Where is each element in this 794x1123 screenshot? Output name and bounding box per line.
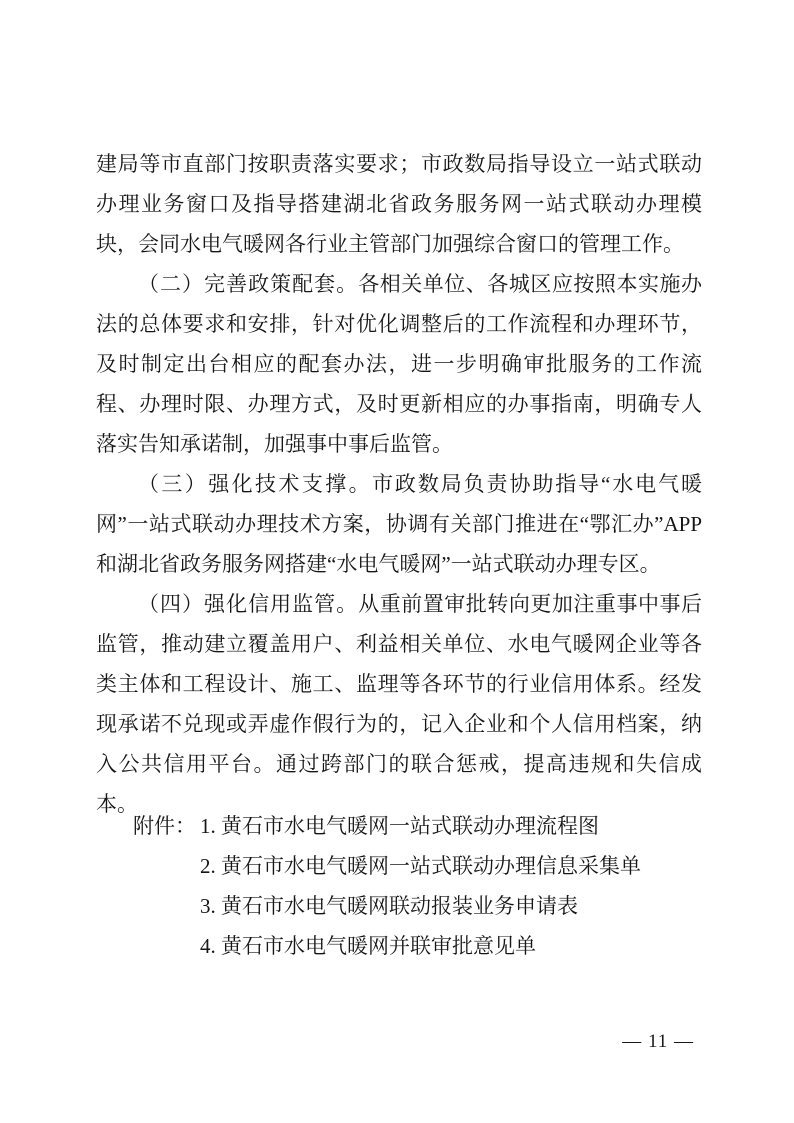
paragraph-section-4: （四）强化信用监管。从重前置审批转向更加注重事中事后监管，推动建立覆盖用户、利益… [96,584,702,824]
paragraph-text: 各相关单位、各城区应按照本实施办法的总体要求和安排，针对优化调整后的工作流程和办… [96,272,702,456]
attachments-list: 1. 黄石市水电气暖网一站式联动办理流程图 2. 黄石市水电气暖网一站式联动办理… [200,806,641,966]
attachment-item: 3. 黄石市水电气暖网联动报装业务申请表 [200,886,641,926]
attachment-item: 2. 黄石市水电气暖网一站式联动办理信息采集单 [200,846,641,886]
paragraph-continued: 建局等市直部门按职责落实要求；市政数局指导设立一站式联动办理业务窗口及指导搭建湖… [96,144,702,264]
paragraph-text: 建局等市直部门按职责落实要求；市政数局指导设立一站式联动办理业务窗口及指导搭建湖… [96,152,702,256]
attachment-item: 1. 黄石市水电气暖网一站式联动办理流程图 [200,806,641,846]
attachments-block: 附件： 1. 黄石市水电气暖网一站式联动办理流程图 2. 黄石市水电气暖网一站式… [133,806,641,966]
paragraph-heading: （二）完善政策配套。 [138,272,358,296]
attachments-label: 附件： [133,806,196,846]
paragraph-section-2: （二）完善政策配套。各相关单位、各城区应按照本实施办法的总体要求和安排，针对优化… [96,264,702,464]
paragraph-section-3: （三）强化技术支撑。市政数局负责协助指导“水电气暖网”一站式联动办理技术方案，协… [96,464,702,584]
body-text-block: 建局等市直部门按职责落实要求；市政数局指导设立一站式联动办理业务窗口及指导搭建湖… [96,144,702,824]
paragraph-text: 从重前置审批转向更加注重事中事后监管，推动建立覆盖用户、利益相关单位、水电气暖网… [96,592,702,816]
page-number: — 11 — [622,1030,694,1054]
document-page: 建局等市直部门按职责落实要求；市政数局指导设立一站式联动办理业务窗口及指导搭建湖… [0,0,794,1123]
attachment-item: 4. 黄石市水电气暖网并联审批意见单 [200,926,641,966]
paragraph-heading: （三）强化技术支撑。 [138,472,372,496]
paragraph-heading: （四）强化信用监管。 [138,592,358,616]
